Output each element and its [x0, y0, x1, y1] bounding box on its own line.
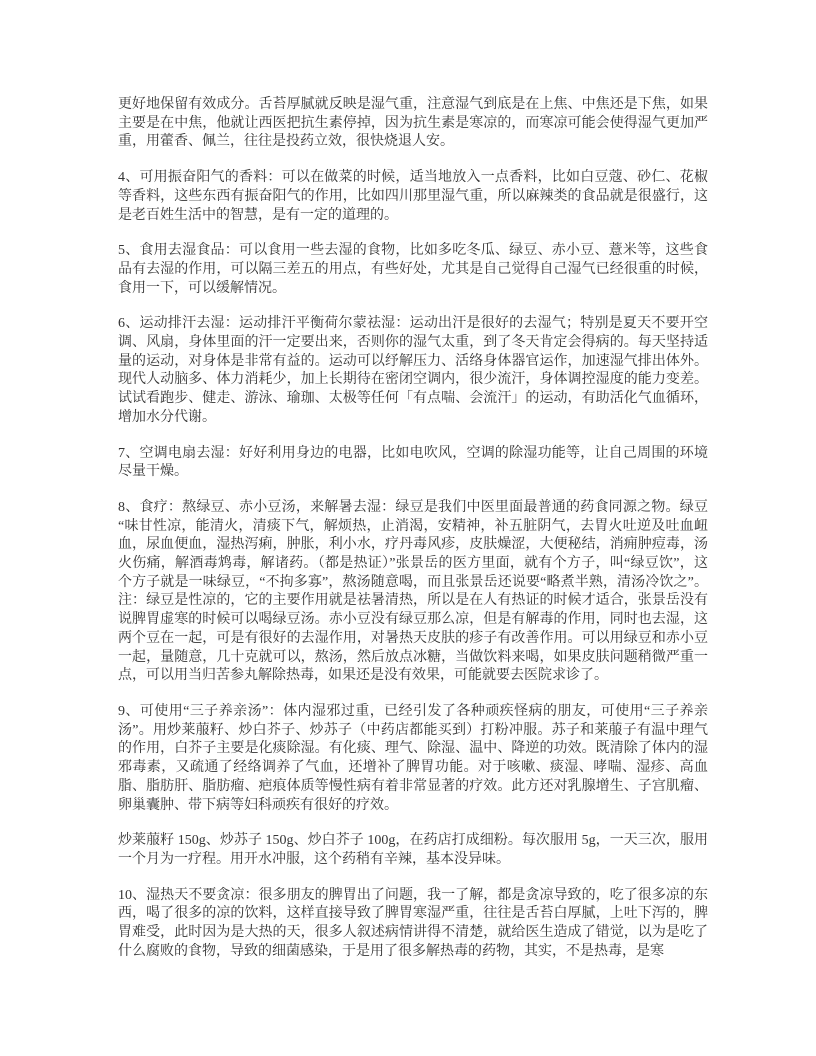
paragraph: 9、可使用“三子养亲汤”：体内湿邪过重，已经引发了各种顽疾怪病的朋友，可使用“三…	[118, 703, 708, 815]
paragraph: 7、空调电扇去湿：好好利用身边的电器，比如电吹风，空调的除湿功能等，让自己周围的…	[118, 445, 708, 482]
paragraph: 4、可用振奋阳气的香料：可以在做菜的时候，适当地放入一点香料，比如白豆蔻、砂仁、…	[118, 169, 708, 225]
paragraph: 更好地保留有效成分。舌苔厚腻就反映是湿气重，注意湿气到底是在上焦、中焦还是下焦，…	[118, 96, 708, 152]
paragraph: 5、食用去湿食品：可以食用一些去湿的食物，比如多吃冬瓜、绿豆、赤小豆、薏米等，这…	[118, 242, 708, 298]
document-page: 更好地保留有效成分。舌苔厚腻就反映是湿气重，注意湿气到底是在上焦、中焦还是下焦，…	[0, 0, 816, 1056]
paragraph: 6、运动排汗去湿：运动排汗平衡荷尔蒙祛湿：运动出汗是很好的去湿气；特别是夏天不要…	[118, 315, 708, 427]
paragraph: 10、湿热天不要贪凉：很多朋友的脾胃出了问题，我一了解，都是贪凉导致的，吃了很多…	[118, 887, 708, 962]
document-body: 更好地保留有效成分。舌苔厚腻就反映是湿气重，注意湿气到底是在上焦、中焦还是下焦，…	[118, 96, 708, 961]
paragraph: 炒莱菔籽 150g、炒苏子 150g、炒白芥子 100g，在药店打成细粉。每次服…	[118, 832, 708, 869]
paragraph: 8、食疗：熬绿豆、赤小豆汤，来解暑去湿：绿豆是我们中医里面最普通的药食同源之物。…	[118, 499, 708, 686]
